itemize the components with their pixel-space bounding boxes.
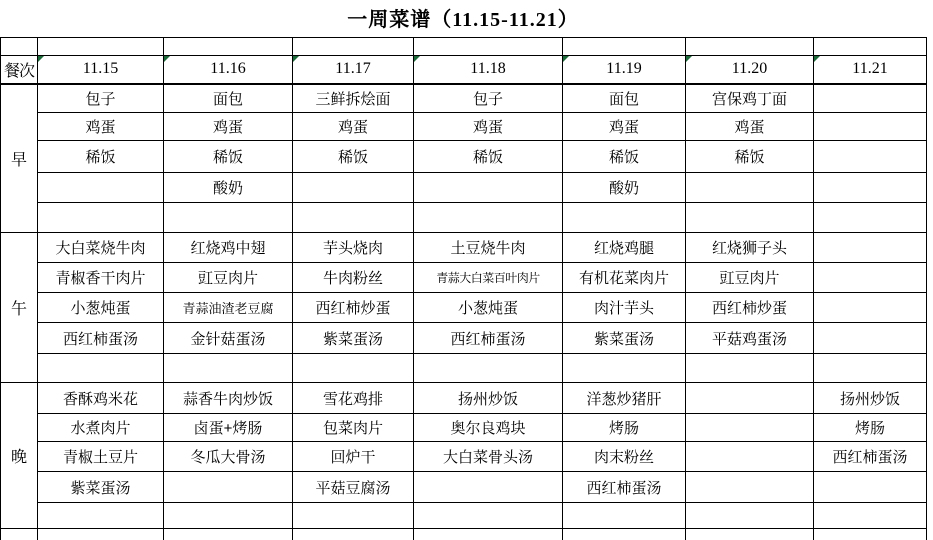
menu-cell[interactable]: 青椒香干肉片 [38, 263, 164, 293]
green-triangle-icon [563, 56, 569, 62]
menu-cell[interactable]: 肉汁芋头 [563, 293, 686, 323]
header-row: 餐次11.1511.1611.1711.1811.1911.2011.21 [1, 56, 927, 84]
menu-cell[interactable]: 稀饭 [686, 141, 814, 173]
menu-cell[interactable] [414, 173, 563, 203]
date-header-cell[interactable]: 11.21 [814, 56, 927, 84]
empty-cell[interactable] [414, 38, 563, 56]
menu-cell[interactable] [293, 503, 414, 529]
menu-cell[interactable]: 冬瓜大骨汤 [164, 442, 293, 472]
empty-cell[interactable] [814, 38, 927, 56]
menu-cell[interactable]: 鸡蛋 [686, 113, 814, 141]
empty-cell[interactable] [814, 529, 927, 540]
menu-cell[interactable] [563, 354, 686, 383]
menu-row: 酸奶酸奶 [1, 173, 927, 203]
empty-cell[interactable] [686, 38, 814, 56]
meal-section-label[interactable]: 午 [1, 233, 38, 383]
menu-cell[interactable]: 面包 [563, 84, 686, 113]
menu-cell[interactable] [814, 472, 927, 503]
menu-cell[interactable]: 西红柿蛋汤 [38, 323, 164, 354]
empty-cell[interactable] [38, 529, 164, 540]
green-triangle-icon [293, 56, 299, 62]
green-triangle-icon [414, 56, 420, 62]
empty-cell[interactable] [164, 38, 293, 56]
menu-cell[interactable] [686, 383, 814, 414]
menu-cell[interactable] [293, 203, 414, 233]
menu-cell[interactable]: 三鲜拆烩面 [293, 84, 414, 113]
menu-cell[interactable]: 豇豆肉片 [686, 263, 814, 293]
empty-cell[interactable] [293, 529, 414, 540]
menu-cell[interactable] [686, 503, 814, 529]
menu-cell[interactable] [814, 233, 927, 263]
menu-cell[interactable]: 稀饭 [164, 141, 293, 173]
menu-cell[interactable]: 包子 [38, 84, 164, 113]
menu-cell[interactable]: 芋头烧肉 [293, 233, 414, 263]
menu-cell[interactable] [164, 203, 293, 233]
menu-cell[interactable] [414, 503, 563, 529]
menu-cell[interactable]: 西红柿蛋汤 [414, 323, 563, 354]
menu-row [1, 503, 927, 529]
menu-cell[interactable]: 肉末粉丝 [563, 442, 686, 472]
menu-cell[interactable]: 红烧鸡腿 [563, 233, 686, 263]
menu-cell[interactable] [686, 472, 814, 503]
date-header-cell[interactable]: 11.15 [38, 56, 164, 84]
menu-cell[interactable]: 青蒜油渣老豆腐 [164, 293, 293, 323]
menu-cell[interactable]: 平菇豆腐汤 [293, 472, 414, 503]
menu-cell[interactable] [686, 414, 814, 442]
empty-cell[interactable] [38, 38, 164, 56]
menu-cell[interactable] [814, 173, 927, 203]
menu-cell[interactable] [814, 203, 927, 233]
menu-cell[interactable]: 紫菜蛋汤 [293, 323, 414, 354]
menu-cell[interactable] [293, 354, 414, 383]
menu-cell[interactable]: 蒜香牛肉炒饭 [164, 383, 293, 414]
menu-cell[interactable]: 西红柿炒蛋 [686, 293, 814, 323]
menu-cell[interactable] [814, 113, 927, 141]
menu-cell[interactable] [814, 263, 927, 293]
menu-cell[interactable] [38, 503, 164, 529]
menu-cell[interactable]: 平菇鸡蛋汤 [686, 323, 814, 354]
menu-row: 青椒香干肉片豇豆肉片牛肉粉丝青蒜大白菜百叶肉片有机花菜肉片豇豆肉片 [1, 263, 927, 293]
menu-cell[interactable]: 扬州炒饭 [414, 383, 563, 414]
menu-row: 晚香酥鸡米花蒜香牛肉炒饭雪花鸡排扬州炒饭洋葱炒猪肝扬州炒饭 [1, 383, 927, 414]
menu-cell[interactable]: 包菜肉片 [293, 414, 414, 442]
menu-cell[interactable] [814, 323, 927, 354]
menu-cell[interactable]: 卤蛋+烤肠 [164, 414, 293, 442]
menu-cell[interactable]: 宫保鸡丁面 [686, 84, 814, 113]
menu-cell[interactable]: 稀饭 [293, 141, 414, 173]
menu-cell[interactable] [814, 354, 927, 383]
menu-cell[interactable]: 稀饭 [38, 141, 164, 173]
menu-cell[interactable]: 奥尔良鸡块 [414, 414, 563, 442]
date-header-cell[interactable]: 11.17 [293, 56, 414, 84]
menu-cell[interactable] [814, 293, 927, 323]
menu-cell[interactable]: 雪花鸡排 [293, 383, 414, 414]
menu-cell[interactable] [686, 442, 814, 472]
menu-cell[interactable]: 牛肉粉丝 [293, 263, 414, 293]
menu-row: 稀饭稀饭稀饭稀饭稀饭稀饭 [1, 141, 927, 173]
menu-cell[interactable]: 红烧鸡中翅 [164, 233, 293, 263]
menu-cell[interactable]: 酸奶 [563, 173, 686, 203]
menu-row: 水煮肉片卤蛋+烤肠包菜肉片奥尔良鸡块烤肠烤肠 [1, 414, 927, 442]
green-triangle-icon [686, 56, 692, 62]
menu-cell[interactable] [814, 141, 927, 173]
partial-row [1, 529, 927, 540]
menu-cell[interactable]: 烤肠 [814, 414, 927, 442]
green-triangle-icon [38, 56, 44, 62]
menu-cell[interactable]: 鸡蛋 [38, 113, 164, 141]
date-header-label: 11.20 [732, 60, 767, 77]
menu-cell[interactable]: 金针菇蛋汤 [164, 323, 293, 354]
menu-cell[interactable]: 西红柿蛋汤 [814, 442, 927, 472]
empty-cell[interactable] [686, 529, 814, 540]
menu-cell[interactable]: 鸡蛋 [563, 113, 686, 141]
menu-cell[interactable]: 香酥鸡米花 [38, 383, 164, 414]
menu-cell[interactable] [814, 84, 927, 113]
menu-cell[interactable]: 酸奶 [164, 173, 293, 203]
menu-row [1, 354, 927, 383]
date-header-cell[interactable]: 11.18 [414, 56, 563, 84]
spreadsheet-view: 一周菜谱（11.15-11.21） 餐次11.1511.1611.1711.18… [0, 0, 933, 540]
menu-cell[interactable] [686, 203, 814, 233]
menu-cell[interactable]: 稀饭 [414, 141, 563, 173]
menu-cell[interactable] [293, 173, 414, 203]
empty-cell[interactable] [1, 529, 38, 540]
menu-cell[interactable]: 回炉干 [293, 442, 414, 472]
menu-cell[interactable]: 土豆烧牛肉 [414, 233, 563, 263]
empty-cell[interactable] [414, 529, 563, 540]
empty-cell[interactable] [164, 529, 293, 540]
menu-cell[interactable] [164, 472, 293, 503]
empty-cell[interactable] [563, 38, 686, 56]
page-title: 一周菜谱（11.15-11.21） [0, 0, 926, 37]
empty-cell[interactable] [1, 38, 38, 56]
menu-row: 西红柿蛋汤金针菇蛋汤紫菜蛋汤西红柿蛋汤紫菜蛋汤平菇鸡蛋汤 [1, 323, 927, 354]
menu-cell[interactable]: 鸡蛋 [164, 113, 293, 141]
spacer-row [1, 38, 927, 56]
menu-cell[interactable]: 鸡蛋 [414, 113, 563, 141]
menu-cell[interactable]: 大白菜烧牛肉 [38, 233, 164, 263]
date-header-label: 11.16 [210, 60, 245, 77]
menu-cell[interactable]: 小葱炖蛋 [414, 293, 563, 323]
menu-row: 紫菜蛋汤平菇豆腐汤西红柿蛋汤 [1, 472, 927, 503]
corner-header-cell[interactable]: 餐次 [1, 56, 38, 84]
menu-cell[interactable] [38, 354, 164, 383]
menu-cell[interactable] [164, 503, 293, 529]
menu-row [1, 203, 927, 233]
green-triangle-icon [164, 56, 170, 62]
menu-cell[interactable]: 烤肠 [563, 414, 686, 442]
date-header-label: 11.15 [83, 60, 118, 77]
menu-cell[interactable] [563, 203, 686, 233]
menu-cell[interactable]: 有机花菜肉片 [563, 263, 686, 293]
menu-cell[interactable] [686, 354, 814, 383]
menu-cell[interactable]: 西红柿蛋汤 [563, 472, 686, 503]
menu-row: 小葱炖蛋青蒜油渣老豆腐西红柿炒蛋小葱炖蛋肉汁芋头西红柿炒蛋 [1, 293, 927, 323]
menu-cell[interactable]: 大白菜骨头汤 [414, 442, 563, 472]
menu-row: 青椒土豆片冬瓜大骨汤回炉干大白菜骨头汤肉末粉丝西红柿蛋汤 [1, 442, 927, 472]
empty-cell[interactable] [293, 38, 414, 56]
menu-row: 鸡蛋鸡蛋鸡蛋鸡蛋鸡蛋鸡蛋 [1, 113, 927, 141]
menu-cell[interactable]: 西红柿炒蛋 [293, 293, 414, 323]
menu-cell[interactable] [38, 173, 164, 203]
menu-cell[interactable] [414, 472, 563, 503]
menu-cell[interactable]: 鸡蛋 [293, 113, 414, 141]
menu-cell[interactable]: 面包 [164, 84, 293, 113]
date-header-label: 11.17 [335, 60, 370, 77]
menu-cell[interactable]: 包子 [414, 84, 563, 113]
menu-cell[interactable]: 紫菜蛋汤 [563, 323, 686, 354]
weekly-menu-table: 餐次11.1511.1611.1711.1811.1911.2011.21早包子… [0, 37, 927, 540]
empty-cell[interactable] [563, 529, 686, 540]
date-header-cell[interactable]: 11.20 [686, 56, 814, 84]
menu-cell[interactable] [814, 503, 927, 529]
menu-cell[interactable]: 红烧狮子头 [686, 233, 814, 263]
menu-cell[interactable]: 稀饭 [563, 141, 686, 173]
date-header-label: 11.18 [470, 60, 505, 77]
date-header-cell[interactable]: 11.16 [164, 56, 293, 84]
menu-cell[interactable]: 小葱炖蛋 [38, 293, 164, 323]
menu-cell[interactable] [686, 173, 814, 203]
menu-cell[interactable] [563, 503, 686, 529]
menu-cell[interactable]: 青椒土豆片 [38, 442, 164, 472]
date-header-label: 11.19 [606, 60, 641, 77]
menu-cell[interactable]: 水煮肉片 [38, 414, 164, 442]
menu-cell[interactable]: 青蒜大白菜百叶肉片 [414, 263, 563, 293]
menu-row: 早包子面包三鲜拆烩面包子面包宫保鸡丁面 [1, 84, 927, 113]
menu-cell[interactable]: 洋葱炒猪肝 [563, 383, 686, 414]
meal-section-label[interactable]: 早 [1, 84, 38, 233]
date-header-label: 11.21 [852, 60, 887, 77]
green-triangle-icon [814, 56, 820, 62]
meal-section-label[interactable]: 晚 [1, 383, 38, 529]
menu-cell[interactable]: 豇豆肉片 [164, 263, 293, 293]
date-header-cell[interactable]: 11.19 [563, 56, 686, 84]
menu-cell[interactable] [38, 203, 164, 233]
menu-cell[interactable]: 紫菜蛋汤 [38, 472, 164, 503]
menu-cell[interactable] [164, 354, 293, 383]
menu-cell[interactable]: 扬州炒饭 [814, 383, 927, 414]
menu-row: 午大白菜烧牛肉红烧鸡中翅芋头烧肉土豆烧牛肉红烧鸡腿红烧狮子头 [1, 233, 927, 263]
menu-cell[interactable] [414, 203, 563, 233]
menu-cell[interactable] [414, 354, 563, 383]
